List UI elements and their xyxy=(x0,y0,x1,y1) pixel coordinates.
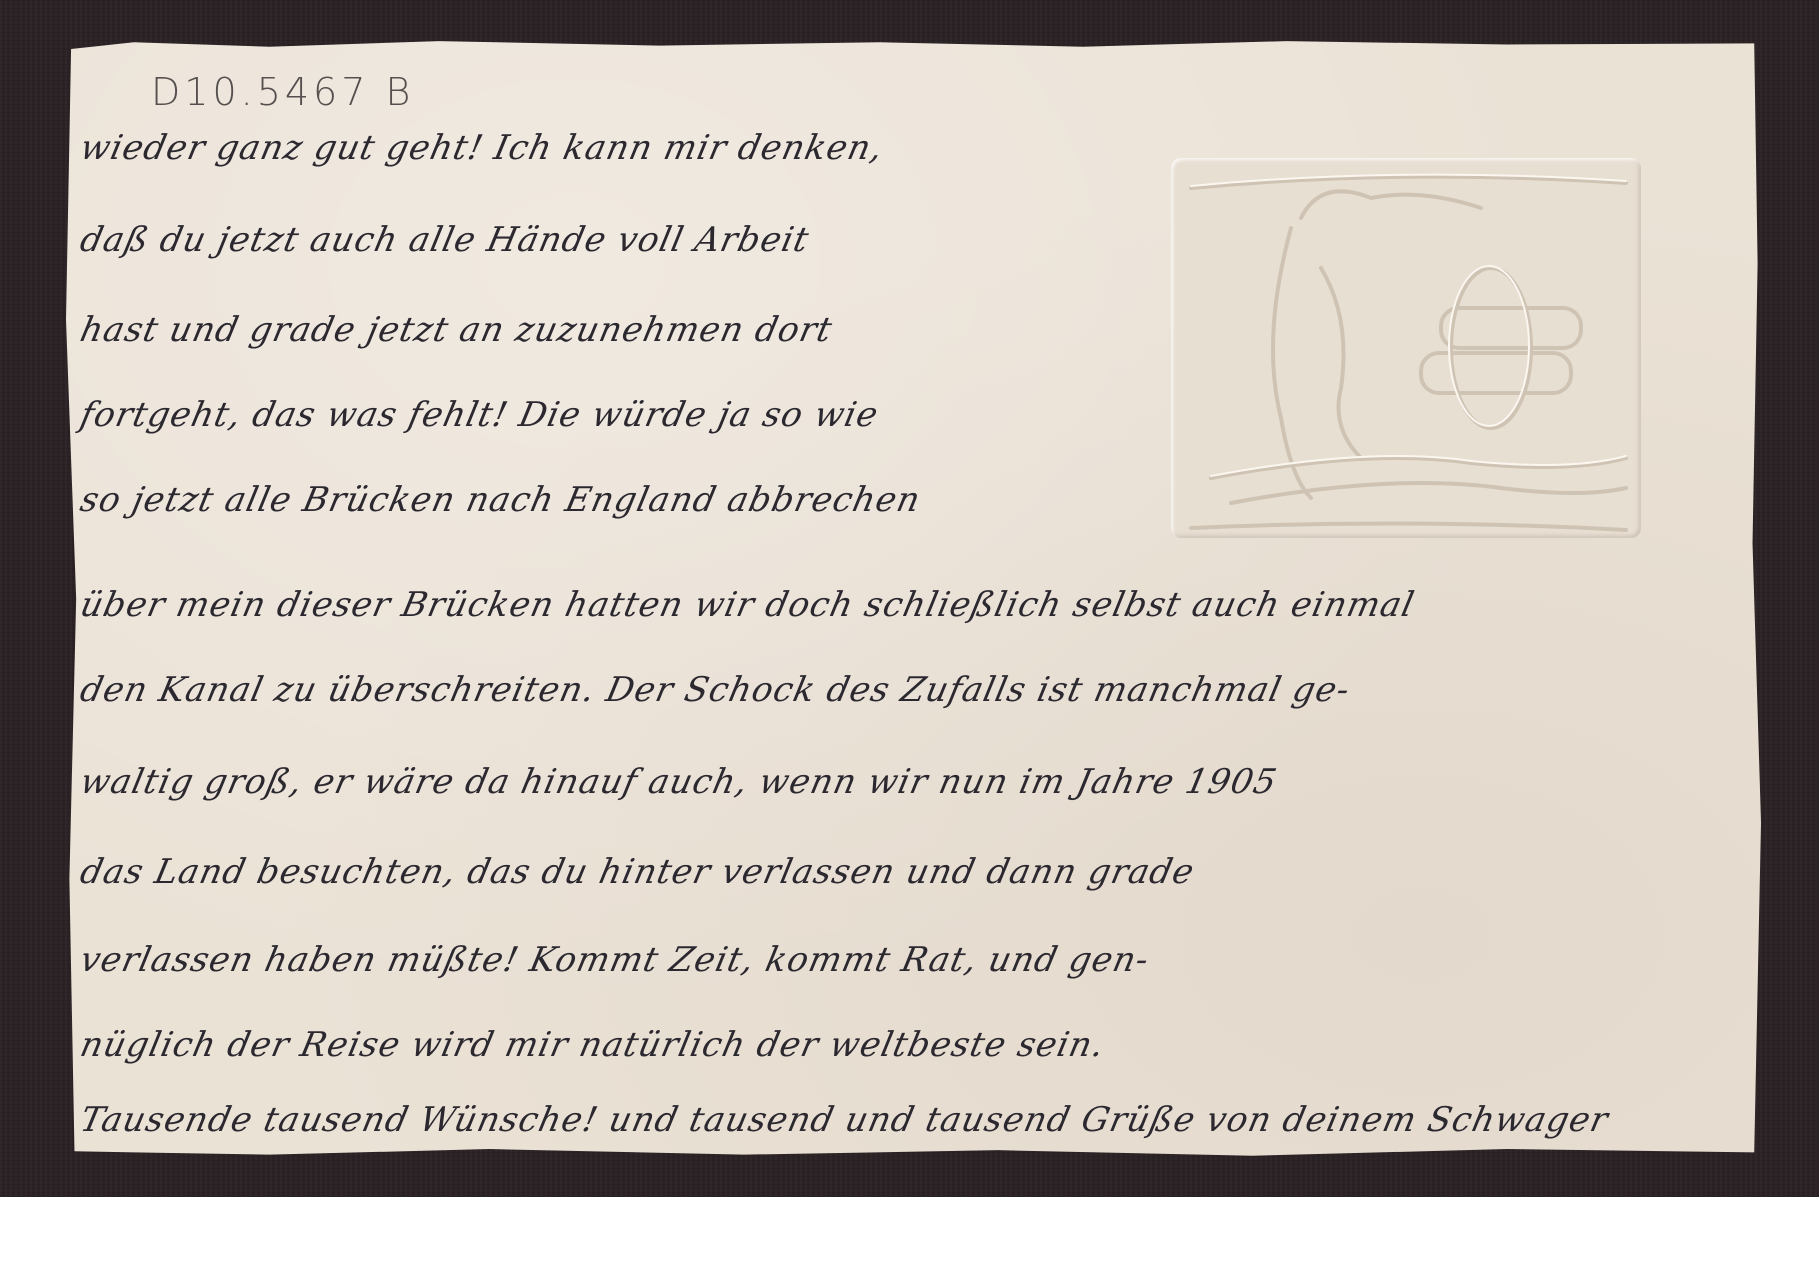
handwritten-line: den Kanal zu überschreiten. Der Schock d… xyxy=(77,670,1354,710)
handwritten-line: über mein dieser Brücken hatten wir doch… xyxy=(77,585,1418,625)
handwritten-line: hast und grade jetzt an zuzunehmen dort xyxy=(77,310,836,350)
handwritten-line: daß du jetzt auch alle Hände voll Arbeit xyxy=(77,220,813,260)
figure-knot-emblem-icon xyxy=(1171,158,1641,538)
scan-background: D10.5467 B xyxy=(0,0,1819,1197)
handwritten-line: wieder ganz gut geht! Ich kann mir denke… xyxy=(77,128,887,168)
embossed-vignette xyxy=(1171,158,1641,538)
handwritten-line: waltig groß, er wäre da hinauf auch, wen… xyxy=(77,762,1281,802)
handwritten-line: das Land besuchten, das du hinter verlas… xyxy=(77,852,1198,892)
catalog-number: D10.5467 B xyxy=(151,70,414,114)
handwritten-line: so jetzt alle Brücken nach England abbre… xyxy=(77,480,925,520)
postcard: D10.5467 B xyxy=(66,40,1761,1158)
handwritten-line: fortgeht, das was fehlt! Die würde ja so… xyxy=(77,395,883,435)
handwritten-line: verlassen haben müßte! Kommt Zeit, kommt… xyxy=(77,940,1153,980)
handwritten-line: Tausende tausend Wünsche! und tausend un… xyxy=(77,1100,1612,1140)
handwritten-line: nüglich der Reise wird mir natürlich der… xyxy=(77,1025,1109,1065)
